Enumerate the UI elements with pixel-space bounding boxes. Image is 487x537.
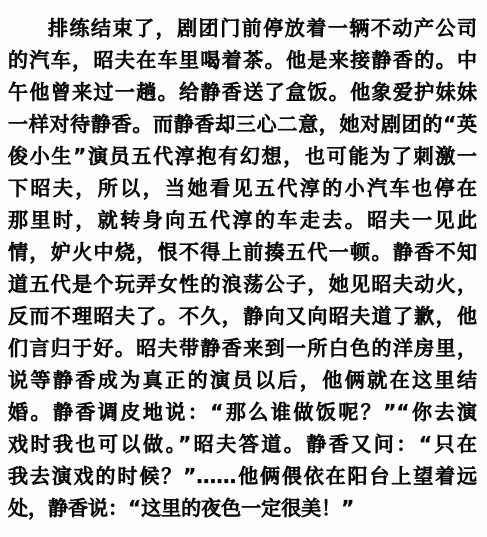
text-line: 午他曾来过一趟。给静香送了盒饭。他象爱护妹妹 [8,76,477,108]
text-line: 处，静香说：“这里的夜色一定很美！” [8,492,477,524]
text-line: 那里时，就转身向五代淳的车走去。昭夫一见此 [8,204,477,236]
text-line: 我去演戏的时候？”……他俩偎依在阳台上望着远 [8,460,477,492]
text-line: 的汽车，昭夫在车里喝着茶。他是来接静香的。中 [8,44,477,76]
text-line: 婚。静香调皮地说：“那么谁做饭呢？”“你去演 [8,396,477,428]
paragraph-block: 排练结束了，剧团门前停放着一辆不动产公司 的汽车，昭夫在车里喝着茶。他是来接静香… [8,12,477,524]
scan-artifact-dot [112,116,115,119]
text-line: 们言归于好。昭夫带静香来到一所白色的洋房里， [8,332,477,364]
text-line: 一样对待静香。而静香却三心二意，她对剧团的“英 [8,108,477,140]
text-line: 说等静香成为真正的演员以后，他俩就在这里结 [8,364,477,396]
text-line: 道五代是个玩弄女性的浪荡公子，她见昭夫动火， [8,268,477,300]
scanned-page: 排练结束了，剧团门前停放着一辆不动产公司 的汽车，昭夫在车里喝着茶。他是来接静香… [0,0,487,537]
text-line: 俊小生”演员五代淳抱有幻想，也可能为了刺激一 [8,140,477,172]
text-line: 情，妒火中烧，恨不得上前揍五代一顿。静香不知 [8,236,477,268]
text-line: 戏时我也可以做。”昭夫答道。静香又问：“只在 [8,428,477,460]
text-line: 排练结束了，剧团门前停放着一辆不动产公司 [8,12,477,44]
text-line: 下昭夫，所以，当她看见五代淳的小汽车也停在 [8,172,477,204]
text-line: 反而不理昭夫了。不久，静向又向昭夫道了歉，他 [8,300,477,332]
